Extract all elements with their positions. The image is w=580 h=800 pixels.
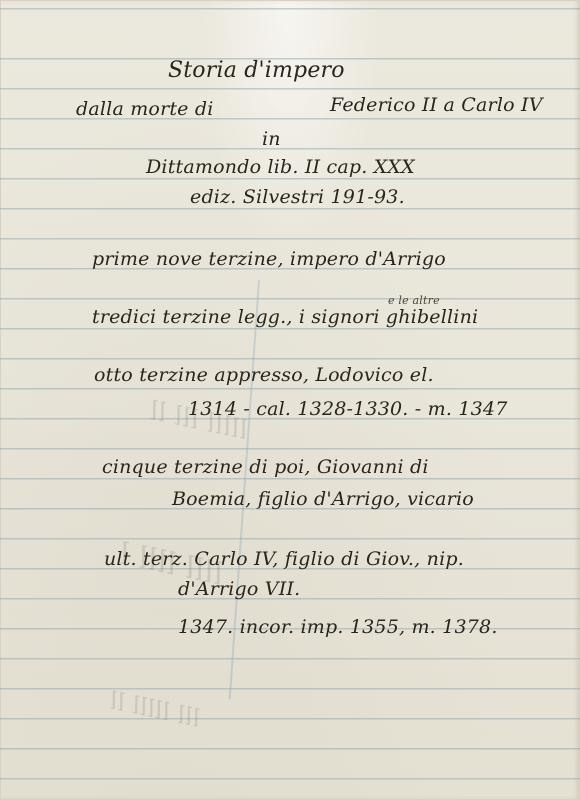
body-line-2: tredici terzine legg., i signori ghibell… [92,306,478,328]
body-line-1: prime nove terzine, impero d'Arrigo [92,248,446,270]
body-line-7: ult. terz. Carlo IV, figlio di Giov., ni… [104,548,464,570]
body-line-8: d'Arrigo VII. [178,578,300,600]
body-line-3: otto terzine appresso, Lodovico el. [94,364,434,386]
heading-line-2-left: dalla morte di [76,98,214,120]
manuscript-page: ꞁꞁꞁꞁꞁ ꞁꞁꞁ ꞁꞁ ꞁꞁꞁꞁ ꞁꞁꞁꞁ ꞁ ꞁꞁꞁ ꞁꞁꞁꞁꞁ ꞁꞁ St… [0,0,580,800]
body-line-5: cinque terzine di poi, Giovanni di [102,456,429,478]
heading-line-2-right: Federico II a Carlo IV [330,94,543,116]
heading-line-5: ediz. Silvestri 191-93. [190,186,405,208]
body-line-4: 1314 - cal. 1328-1330. - m. 1347 [188,398,508,420]
bleed-through-text: ꞁꞁꞁ ꞁꞁꞁꞁꞁ ꞁꞁ [108,681,204,728]
body-line-6: Boemia, figlio d'Arrigo, vicario [172,488,474,510]
body-line-9: 1347. incor. imp. 1355, m. 1378. [178,616,498,638]
heading-line-3: in [262,128,281,150]
heading-line-4: Dittamondo lib. II cap. XXX [146,156,415,178]
heading-title: Storia d'impero [168,58,345,83]
